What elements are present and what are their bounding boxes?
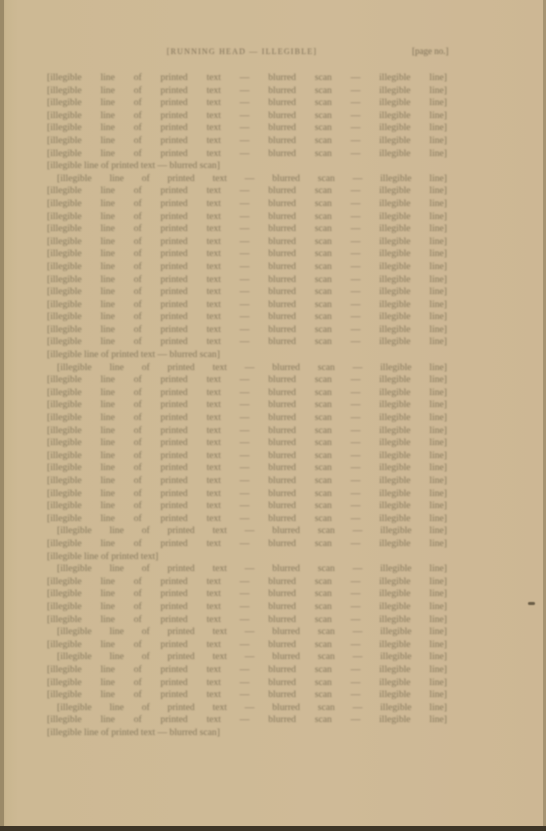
text-line: [illegible line of printed text — blurre…	[47, 223, 447, 236]
text-line: [illegible line of printed text — blurre…	[47, 160, 447, 173]
text-line: [illegible line of printed text — blurre…	[47, 651, 447, 664]
scan-bottom-edge	[0, 826, 546, 831]
text-line: [illegible line of printed text — blurre…	[47, 97, 447, 110]
page-number: [page no.]	[412, 46, 448, 56]
text-line: [illegible line of printed text — blurre…	[47, 148, 447, 161]
text-line: [illegible line of printed text — blurre…	[47, 488, 447, 501]
text-line: [illegible line of printed text — blurre…	[47, 626, 447, 639]
text-line: [illegible line of printed text — blurre…	[47, 173, 447, 186]
text-line: [illegible line of printed text — blurre…	[47, 525, 447, 538]
text-line: [illegible line of printed text — blurre…	[47, 538, 447, 551]
text-line: [illegible line of printed text — blurre…	[47, 475, 447, 488]
text-line: [illegible line of printed text — blurre…	[47, 513, 447, 526]
text-line: [illegible line of printed text — blurre…	[47, 614, 447, 627]
text-line: [illegible line of printed text — blurre…	[47, 664, 447, 677]
text-line: [illegible line of printed text]	[47, 551, 447, 564]
text-line: [illegible line of printed text — blurre…	[47, 349, 447, 362]
text-line: [illegible line of printed text — blurre…	[47, 324, 447, 337]
text-line: [illegible line of printed text — blurre…	[47, 248, 447, 261]
text-line: [illegible line of printed text — blurre…	[47, 110, 447, 123]
text-line: [illegible line of printed text — blurre…	[47, 500, 447, 513]
text-line: [illegible line of printed text — blurre…	[47, 462, 447, 475]
text-line: [illegible line of printed text — blurre…	[47, 286, 447, 299]
text-line: [illegible line of printed text — blurre…	[47, 135, 447, 148]
text-line: [illegible line of printed text — blurre…	[47, 211, 447, 224]
text-line: [illegible line of printed text — blurre…	[47, 311, 447, 324]
text-line: [illegible line of printed text — blurre…	[47, 274, 447, 287]
text-line: [illegible line of printed text — blurre…	[47, 399, 447, 412]
text-line: [illegible line of printed text — blurre…	[47, 122, 447, 135]
ink-smudge	[528, 602, 535, 605]
text-line: [illegible line of printed text — blurre…	[47, 437, 447, 450]
text-line: [illegible line of printed text — blurre…	[47, 425, 447, 438]
text-line: [illegible line of printed text — blurre…	[47, 387, 447, 400]
binding-edge	[0, 0, 4, 826]
text-line: [illegible line of printed text — blurre…	[47, 563, 447, 576]
text-line: [illegible line of printed text — blurre…	[47, 689, 447, 702]
text-line: [illegible line of printed text — blurre…	[47, 236, 447, 249]
text-line: [illegible line of printed text — blurre…	[47, 374, 447, 387]
text-line: [illegible line of printed text — blurre…	[47, 601, 447, 614]
text-line: [illegible line of printed text — blurre…	[47, 450, 447, 463]
text-line: [illegible line of printed text — blurre…	[47, 185, 447, 198]
text-line: [illegible line of printed text — blurre…	[47, 677, 447, 690]
book-page: [running head — illegible] [page no.] [i…	[0, 0, 546, 826]
text-line: [illegible line of printed text — blurre…	[47, 714, 447, 727]
text-line: [illegible line of printed text — blurre…	[47, 588, 447, 601]
text-line: [illegible line of printed text — blurre…	[47, 198, 447, 211]
text-line: [illegible line of printed text — blurre…	[47, 336, 447, 349]
text-line: [illegible line of printed text — blurre…	[47, 362, 447, 375]
text-line: [illegible line of printed text — blurre…	[47, 85, 447, 98]
text-line: [illegible line of printed text — blurre…	[47, 299, 447, 312]
text-line: [illegible line of printed text — blurre…	[47, 702, 447, 715]
body-text: [illegible line of printed text — blurre…	[47, 72, 447, 739]
text-line: [illegible line of printed text — blurre…	[47, 412, 447, 425]
text-line: [illegible line of printed text — blurre…	[47, 639, 447, 652]
text-line: [illegible line of printed text — blurre…	[47, 72, 447, 85]
running-head: [running head — illegible]	[162, 47, 322, 56]
text-line: [illegible line of printed text — blurre…	[47, 576, 447, 589]
text-line: [illegible line of printed text — blurre…	[47, 261, 447, 274]
text-line: [illegible line of printed text — blurre…	[47, 727, 447, 740]
